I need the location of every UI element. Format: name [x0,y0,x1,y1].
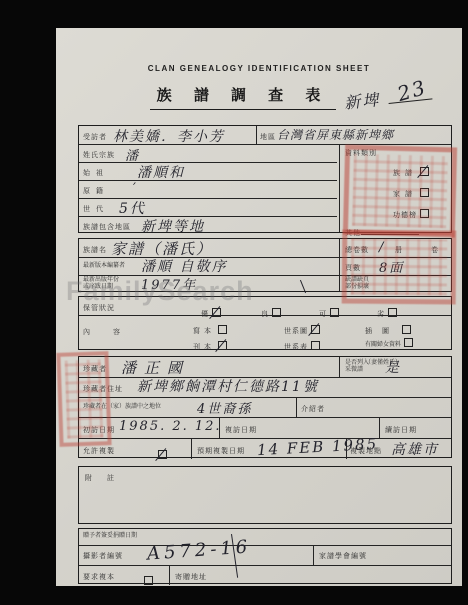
photographer-label: 攝影者編號 [83,551,123,561]
page-note: 新埤 23 [343,81,433,113]
compiler-label: 最新版本編纂者 [83,263,125,270]
clan-label: 姓氏宗族 [83,150,115,160]
notes-label: 附 註 [85,473,118,483]
keeper-address-label: 珍藏者住址 [83,384,123,394]
defect-label-line1: 缺譜缺頁 [345,277,369,284]
first-visit-value: 1985. 2. 12. [119,419,222,434]
checkbox-zupu: 族譜 [393,162,429,180]
introducer-label: 介紹者 [301,404,325,414]
keeper-position-value: 4世裔孫 [197,398,252,417]
checkbox-request-copy [144,576,153,585]
keeper-position-label: 珍藏者在（家）族譜中之地位 [83,404,161,411]
checkbox-keep-excellent: 優 [201,303,221,321]
photographer-number-value: A572-16 [146,536,252,564]
content-label: 內 容 [83,327,128,337]
processing-box: 贈予者簽妥捐贈日期 攝影者編號 A572-16 家譜學會編號 要求複本 寄贈地址 [78,528,452,584]
keeper-box: 珍藏者 潘正國 是否列入 采微譜 是 珍藏者住址 新埤鄉餉潭村仁德路11號 珍藏… [78,356,452,458]
pages-value: 8面 [379,257,404,276]
domicile-label: 原籍 [83,186,109,196]
volumes-value: ∕ [379,240,385,255]
ancestor-label: 始祖 [83,168,109,178]
permit-label: 允許複製 [83,446,115,456]
page-note-place: 新埤 [343,90,381,113]
condition-box: 保管狀況 優 良 可 劣 內 容 寫本 世系圖 插圖 刊本 世系表 有關婦 [78,296,452,350]
copy-place-label: 複製地點 [350,446,382,456]
checkbox-keep-poor: 劣 [377,303,397,321]
interviewee-label: 受訪者 [83,132,107,142]
year-label-line1: 最新出版年份 [83,277,119,284]
basic-info-box: 受訪者 林美嬌．李小芳 地區 台灣省屏東縣新埤鄉 姓氏宗族 潘 始祖 潘順和 原… [78,125,452,233]
year-value: 1977年 [141,274,197,293]
listed-value: 是 [385,357,401,377]
book-info-box: 族譜名 家譜（潘氏） 總卷數 ∕ 册 卷 最新版本編纂者 潘順 自敬序 頁數 8… [78,238,452,292]
keeper-value: 潘正國 [121,357,190,378]
category-label: 資料類別 [345,148,377,158]
generations-label: 世代 [83,204,109,214]
first-visit-label: 初訪日期 [83,425,115,435]
check-mark [155,448,166,461]
revisit-label: 複訪日期 [225,425,257,435]
interviewee-value: 林美嬌．李小芳 [113,126,225,146]
copy-date-label: 預期複製日期 [197,446,245,456]
region-label: 地區 [260,132,276,142]
checkbox-permit [158,450,167,459]
request-copy-label: 要求複本 [83,572,115,582]
checkbox-lineage-table: 世系表 [284,336,320,354]
coverage-label: 族譜包含地區 [83,222,131,232]
volumes-unit-ce: 册 [395,245,403,255]
defect-label-line2: 部份損壞 [345,284,369,291]
year-label-line2: 或序跋日期 [83,284,113,291]
chinese-title: 族 譜 調 查 表 [150,84,336,110]
volumes-label: 總卷數 [345,245,369,255]
generations-value: 5代 [119,198,146,218]
region-value: 台灣省屏東縣新埤鄉 [277,126,394,143]
keep-label: 保管狀況 [83,303,115,313]
check-mark [417,165,428,178]
book-name-label: 族譜名 [83,245,107,255]
checkbox-jiapu: 家譜 [393,183,429,201]
mailing-address-label: 寄贈地址 [175,572,207,582]
check-mark [308,323,319,336]
checkbox-gongdebang: 功德榜 [393,204,429,222]
copy-place-value: 高雄市 [391,439,439,459]
pages-label: 頁數 [345,263,361,273]
scanned-form-paper: CLAN GENEALOGY IDENTIFICATION SHEET 族 譜 … [56,28,462,586]
listed-label-line1: 是否列入 [345,360,369,367]
donor-date-label: 贈予者簽妥捐贈日期 [83,533,137,540]
compiler-value: 潘順 自敬序 [141,256,227,276]
check-mark [215,339,226,352]
checkbox-keep-fair: 可 [319,303,339,321]
keeper-label: 珍藏者 [83,364,107,374]
ancestor-value: 潘順和 [137,162,185,182]
checkbox-keep-good: 良 [261,303,281,321]
check-mark [209,306,220,319]
society-number-label: 家譜學會編號 [319,551,367,561]
coverage-value: 新埤等地 [141,216,205,236]
notes-box: 附 註 [78,466,452,524]
english-title: CLAN GENEALOGY IDENTIFICATION SHEET [56,64,462,73]
followup-label: 續訪日期 [385,425,417,435]
keeper-address-value: 新埤鄉餉潭村仁德路11號 [137,376,319,396]
page-note-number: 23 [395,75,430,106]
listed-label-line2: 采微譜 [345,367,363,374]
volumes-unit-juan: 卷 [431,245,439,255]
checkbox-printed: 刊本 [193,336,227,354]
domicile-value: ′ [133,181,138,196]
